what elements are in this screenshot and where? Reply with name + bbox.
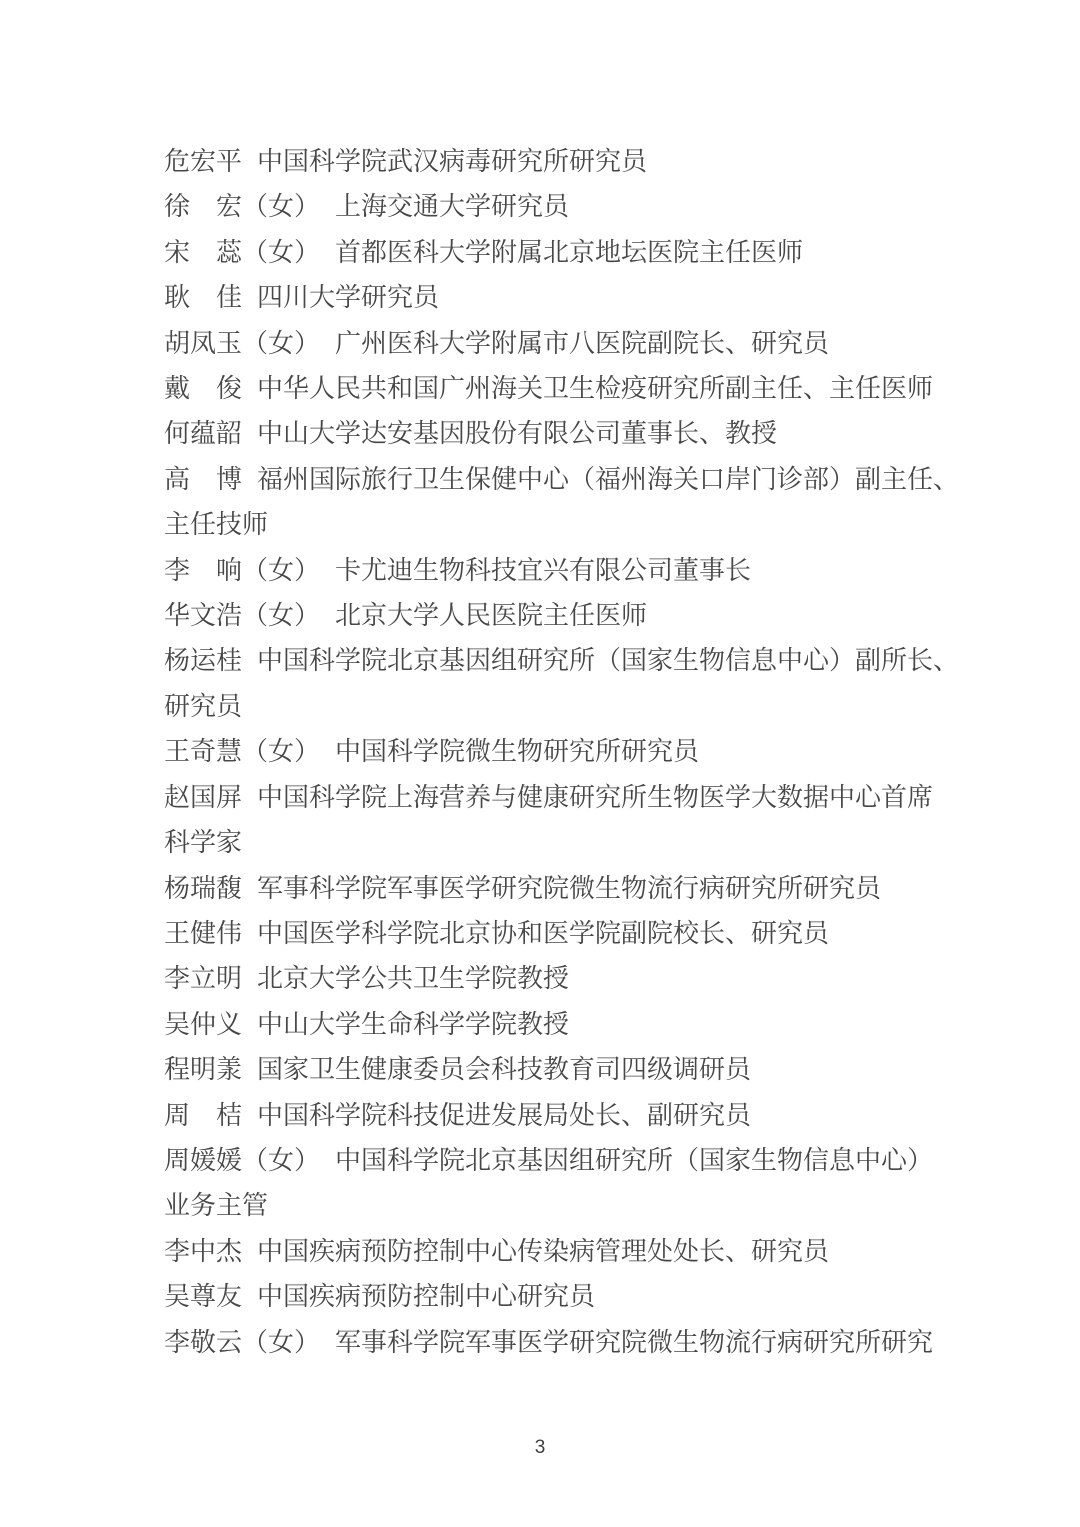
person-name: 华文浩（女）: [164, 601, 320, 630]
entry-line: 赵国屏中国科学院上海营养与健康研究所生物医学大数据中心首席: [164, 775, 1024, 820]
person-affiliation: 中国科学院上海营养与健康研究所生物医学大数据中心首席: [257, 783, 933, 812]
person-name: 徐 宏（女）: [164, 192, 320, 221]
entry-line: 王奇慧（女）中国科学院微生物研究所研究员: [164, 729, 1024, 774]
person-affiliation: 中华人民共和国广州海关卫生检疫研究所副主任、主任医师: [257, 374, 933, 403]
person-affiliation: 广州医科大学附属市八医院副院长、研究员: [335, 329, 829, 358]
person-name: 耿 佳: [164, 283, 242, 312]
entry-line: 程明羕国家卫生健康委员会科技教育司四级调研员: [164, 1047, 1024, 1092]
person-name: 吴尊友: [164, 1282, 242, 1311]
entry-line: 吴仲义中山大学生命科学学院教授: [164, 1002, 1024, 1047]
entry-line: 戴 俊中华人民共和国广州海关卫生检疫研究所副主任、主任医师: [164, 366, 1024, 411]
entry-line: 周媛媛（女）中国科学院北京基因组研究所（国家生物信息中心）: [164, 1138, 1024, 1183]
person-name: 李 响（女）: [164, 556, 320, 585]
entry-line: 杨瑞馥军事科学院军事医学研究院微生物流行病研究所研究员: [164, 866, 1024, 911]
person-affiliation: 军事科学院军事医学研究院微生物流行病研究所研究: [335, 1328, 933, 1357]
person-name: 宋 蕊（女）: [164, 238, 320, 267]
person-affiliation: 中国科学院科技促进发展局处长、副研究员: [257, 1101, 751, 1130]
entry-line: 李 响（女）卡尤迪生物科技宜兴有限公司董事长: [164, 548, 1024, 593]
person-name: 吴仲义: [164, 1010, 242, 1039]
person-affiliation: 中国疾病预防控制中心传染病管理处处长、研究员: [257, 1237, 829, 1266]
person-affiliation: 卡尤迪生物科技宜兴有限公司董事长: [335, 556, 751, 585]
entry-line: 高 博福州国际旅行卫生保健中心（福州海关口岸门诊部）副主任、: [164, 457, 1024, 502]
entry-line: 李中杰中国疾病预防控制中心传染病管理处处长、研究员: [164, 1229, 1024, 1274]
person-affiliation: 北京大学人民医院主任医师: [335, 601, 647, 630]
person-affiliation-continued: 业务主管: [164, 1191, 268, 1220]
person-affiliation: 中国科学院武汉病毒研究所研究员: [257, 147, 647, 176]
person-affiliation: 四川大学研究员: [257, 283, 439, 312]
person-affiliation: 中国科学院北京基因组研究所（国家生物信息中心）: [335, 1146, 933, 1175]
person-name: 李中杰: [164, 1237, 242, 1266]
entry-line: 宋 蕊（女）首都医科大学附属北京地坛医院主任医师: [164, 230, 1024, 275]
entry-line: 危宏平中国科学院武汉病毒研究所研究员: [164, 139, 1024, 184]
entry-continuation-line: 研究员: [164, 684, 1024, 729]
person-affiliation: 中山大学生命科学学院教授: [257, 1010, 569, 1039]
entry-line: 耿 佳四川大学研究员: [164, 275, 1024, 320]
person-name: 李立明: [164, 964, 242, 993]
person-name: 王奇慧（女）: [164, 737, 320, 766]
entry-line: 吴尊友中国疾病预防控制中心研究员: [164, 1274, 1024, 1319]
entry-line: 何蕴韶中山大学达安基因股份有限公司董事长、教授: [164, 411, 1024, 456]
entry-line: 王健伟中国医学科学院北京协和医学院副院校长、研究员: [164, 911, 1024, 956]
person-affiliation: 军事科学院军事医学研究院微生物流行病研究所研究员: [257, 874, 881, 903]
person-affiliation: 中山大学达安基因股份有限公司董事长、教授: [257, 419, 777, 448]
person-affiliation: 国家卫生健康委员会科技教育司四级调研员: [257, 1055, 751, 1084]
person-affiliation-continued: 科学家: [164, 828, 242, 857]
entry-line: 周 桔中国科学院科技促进发展局处长、副研究员: [164, 1093, 1024, 1138]
person-name: 程明羕: [164, 1055, 242, 1084]
entry-line: 华文浩（女）北京大学人民医院主任医师: [164, 593, 1024, 638]
person-affiliation-continued: 研究员: [164, 692, 242, 721]
page-number: 3: [0, 1437, 1080, 1459]
person-affiliation: 北京大学公共卫生学院教授: [257, 964, 569, 993]
entry-line: 胡凤玉（女）广州医科大学附属市八医院副院长、研究员: [164, 321, 1024, 366]
person-affiliation: 中国科学院北京基因组研究所（国家生物信息中心）副所长、: [257, 646, 959, 675]
entry-continuation-line: 业务主管: [164, 1183, 1024, 1228]
person-affiliation: 上海交通大学研究员: [335, 192, 569, 221]
person-name: 戴 俊: [164, 374, 242, 403]
person-name: 李敬云（女）: [164, 1328, 320, 1357]
person-affiliation: 首都医科大学附属北京地坛医院主任医师: [335, 238, 803, 267]
person-affiliation: 中国疾病预防控制中心研究员: [257, 1282, 595, 1311]
person-name: 危宏平: [164, 147, 242, 176]
person-name: 何蕴韶: [164, 419, 242, 448]
person-name: 胡凤玉（女）: [164, 329, 320, 358]
entry-line: 徐 宏（女）上海交通大学研究员: [164, 184, 1024, 229]
person-name: 杨瑞馥: [164, 874, 242, 903]
entry-line: 杨运桂中国科学院北京基因组研究所（国家生物信息中心）副所长、: [164, 638, 1024, 683]
entry-continuation-line: 主任技师: [164, 502, 1024, 547]
person-name: 杨运桂: [164, 646, 242, 675]
person-name: 王健伟: [164, 919, 242, 948]
person-name: 赵国屏: [164, 783, 242, 812]
person-affiliation: 中国医学科学院北京协和医学院副院校长、研究员: [257, 919, 829, 948]
entry-line: 李敬云（女）军事科学院军事医学研究院微生物流行病研究所研究: [164, 1320, 1024, 1365]
person-name: 周媛媛（女）: [164, 1146, 320, 1175]
award-person-list: 危宏平中国科学院武汉病毒研究所研究员 徐 宏（女）上海交通大学研究员 宋 蕊（女…: [164, 139, 1024, 1365]
entry-continuation-line: 科学家: [164, 820, 1024, 865]
person-name: 高 博: [164, 465, 242, 494]
person-name: 周 桔: [164, 1101, 242, 1130]
person-affiliation: 中国科学院微生物研究所研究员: [335, 737, 699, 766]
person-affiliation: 福州国际旅行卫生保健中心（福州海关口岸门诊部）副主任、: [257, 465, 959, 494]
entry-line: 李立明北京大学公共卫生学院教授: [164, 956, 1024, 1001]
person-affiliation-continued: 主任技师: [164, 510, 268, 539]
